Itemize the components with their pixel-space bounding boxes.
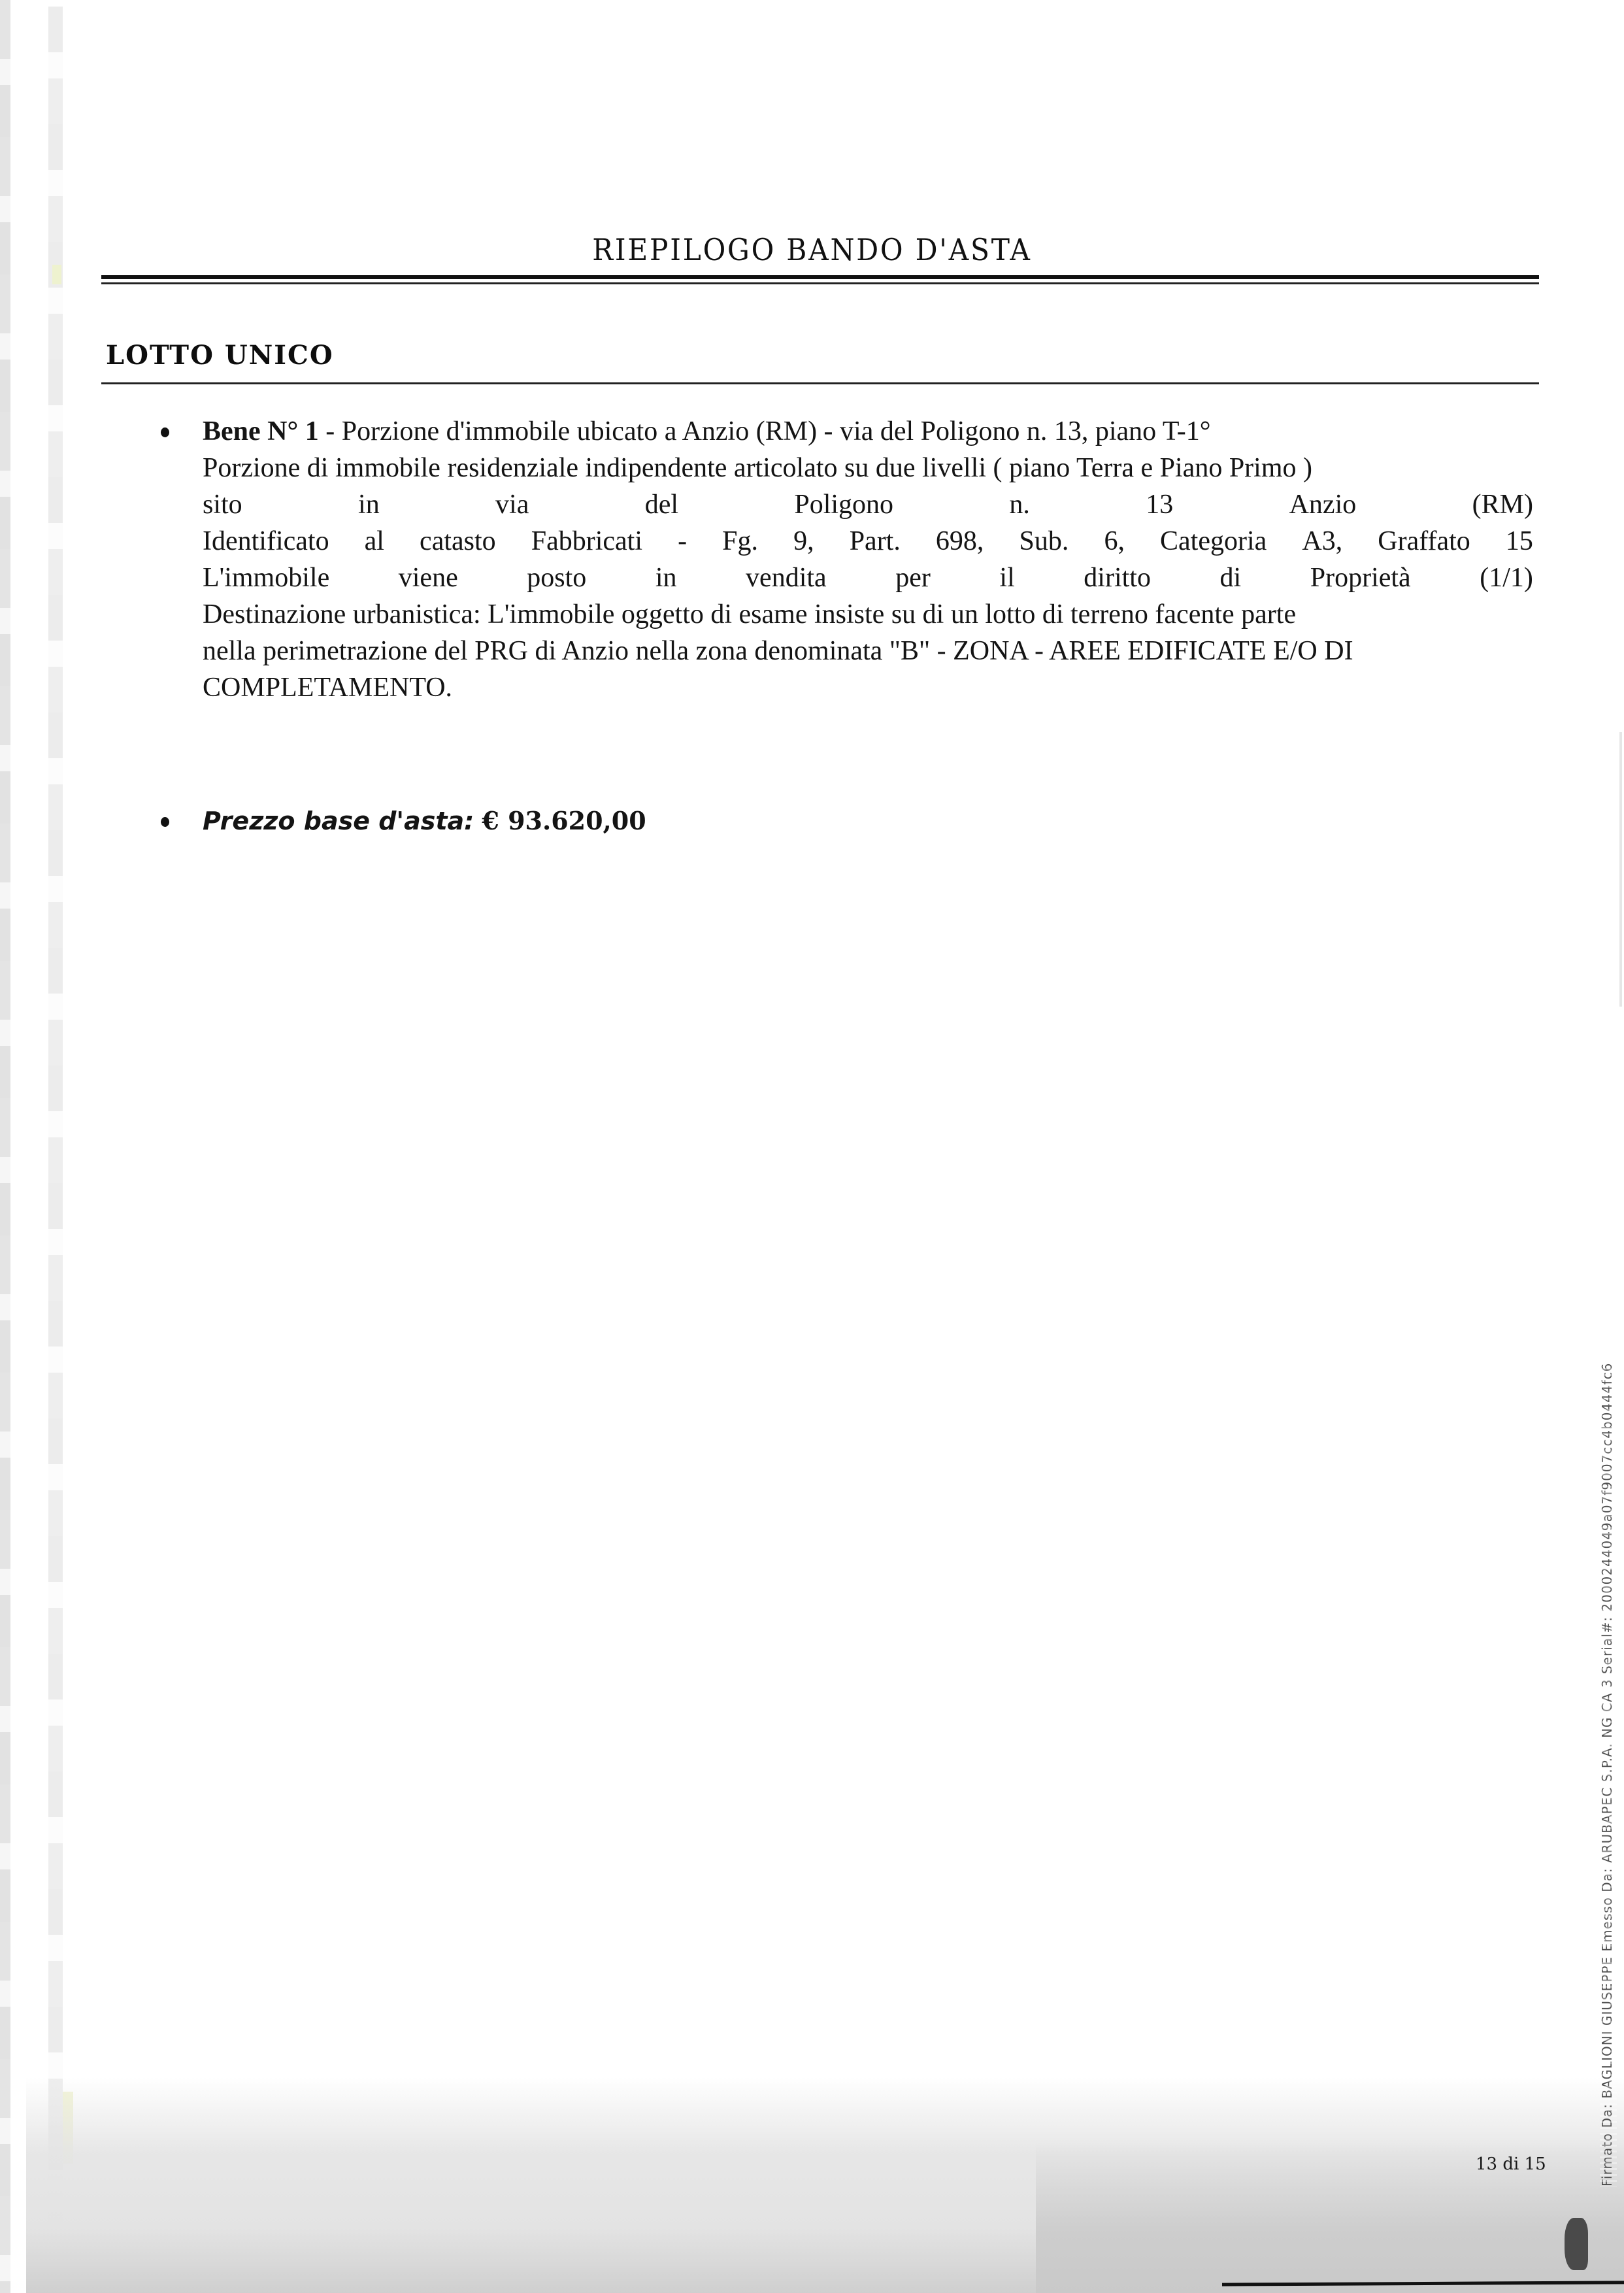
word: sito: [203, 486, 242, 523]
word: Anzio: [1289, 486, 1357, 523]
bene-sale-line: L'immobile viene posto in vendita per il…: [203, 560, 1533, 596]
bene-urbanistica-2: nella perimetrazione del PRG di Anzio ne…: [203, 633, 1533, 669]
word: A3,: [1302, 523, 1342, 560]
bene-urbanistica-3: COMPLETAMENTO.: [203, 669, 1533, 706]
scan-noise-left-inner: [48, 7, 63, 2293]
word: Poligono: [794, 486, 893, 523]
word: viene: [399, 560, 458, 596]
bullet-icon: [161, 427, 169, 437]
word: Identificato: [203, 523, 329, 560]
page-number: 13 di 15: [1476, 2154, 1546, 2174]
price-item: Prezzo base d'asta: € 93.620,00: [203, 803, 1533, 839]
digital-signature-stamp: Firmato Da: BAGLIONI GIUSEPPE Emesso Da:…: [1599, 1363, 1615, 2186]
section-heading: LOTTO UNICO: [106, 340, 334, 371]
bene-label: Bene N° 1: [203, 416, 319, 446]
title-divider: [101, 275, 1539, 279]
word: 9,: [793, 523, 814, 560]
word: di: [1220, 560, 1242, 596]
price-label: Prezzo base d'asta:: [203, 807, 474, 835]
word: 13: [1146, 486, 1173, 523]
word: 698,: [936, 523, 984, 560]
word: del: [645, 486, 678, 523]
word: (1/1): [1480, 560, 1533, 596]
bene-address-line: sito in via del Poligono n. 13 Anzio (RM…: [203, 486, 1533, 523]
section-divider: [101, 382, 1539, 384]
word: 15: [1506, 523, 1533, 560]
scan-blot: [1565, 2218, 1588, 2270]
bene-item: Bene N° 1 - Porzione d'immobile ubicato …: [203, 413, 1533, 706]
price-value: € 93.620,00: [482, 806, 646, 835]
word: Proprietà: [1310, 560, 1411, 596]
bullet-icon: [161, 817, 169, 827]
bene-urbanistica-1: Destinazione urbanistica: L'immobile ogg…: [203, 596, 1533, 633]
word: catasto: [420, 523, 496, 560]
word: Fabbricati: [531, 523, 642, 560]
word: Categoria: [1160, 523, 1267, 560]
scan-noise-right: [1619, 732, 1622, 1007]
word: al: [365, 523, 384, 560]
word: Fg.: [722, 523, 758, 560]
word: vendita: [746, 560, 827, 596]
word: (RM): [1472, 486, 1533, 523]
word: via: [495, 486, 529, 523]
scan-noise-left: [0, 0, 10, 2293]
word: n.: [1009, 486, 1030, 523]
word: per: [895, 560, 931, 596]
scan-tint: [52, 265, 61, 284]
word: diritto: [1084, 560, 1151, 596]
word: Sub.: [1019, 523, 1069, 560]
word: in: [655, 560, 677, 596]
word: 6,: [1104, 523, 1125, 560]
bene-headline: - Porzione d'immobile ubicato a Anzio (R…: [319, 416, 1211, 446]
word: -: [678, 523, 687, 560]
bene-description: Porzione di immobile residenziale indipe…: [203, 450, 1533, 486]
word: Part.: [850, 523, 901, 560]
title-divider-thin: [101, 282, 1539, 284]
bene-cadastral-line: Identificato al catasto Fabbricati - Fg.…: [203, 523, 1533, 560]
word: posto: [527, 560, 586, 596]
word: L'immobile: [203, 560, 329, 596]
word: il: [999, 560, 1014, 596]
bene-headline-line: Bene N° 1 - Porzione d'immobile ubicato …: [203, 413, 1533, 450]
page-title: RIEPILOGO BANDO D'ASTA: [65, 232, 1559, 267]
word: Graffato: [1378, 523, 1470, 560]
word: in: [358, 486, 380, 523]
